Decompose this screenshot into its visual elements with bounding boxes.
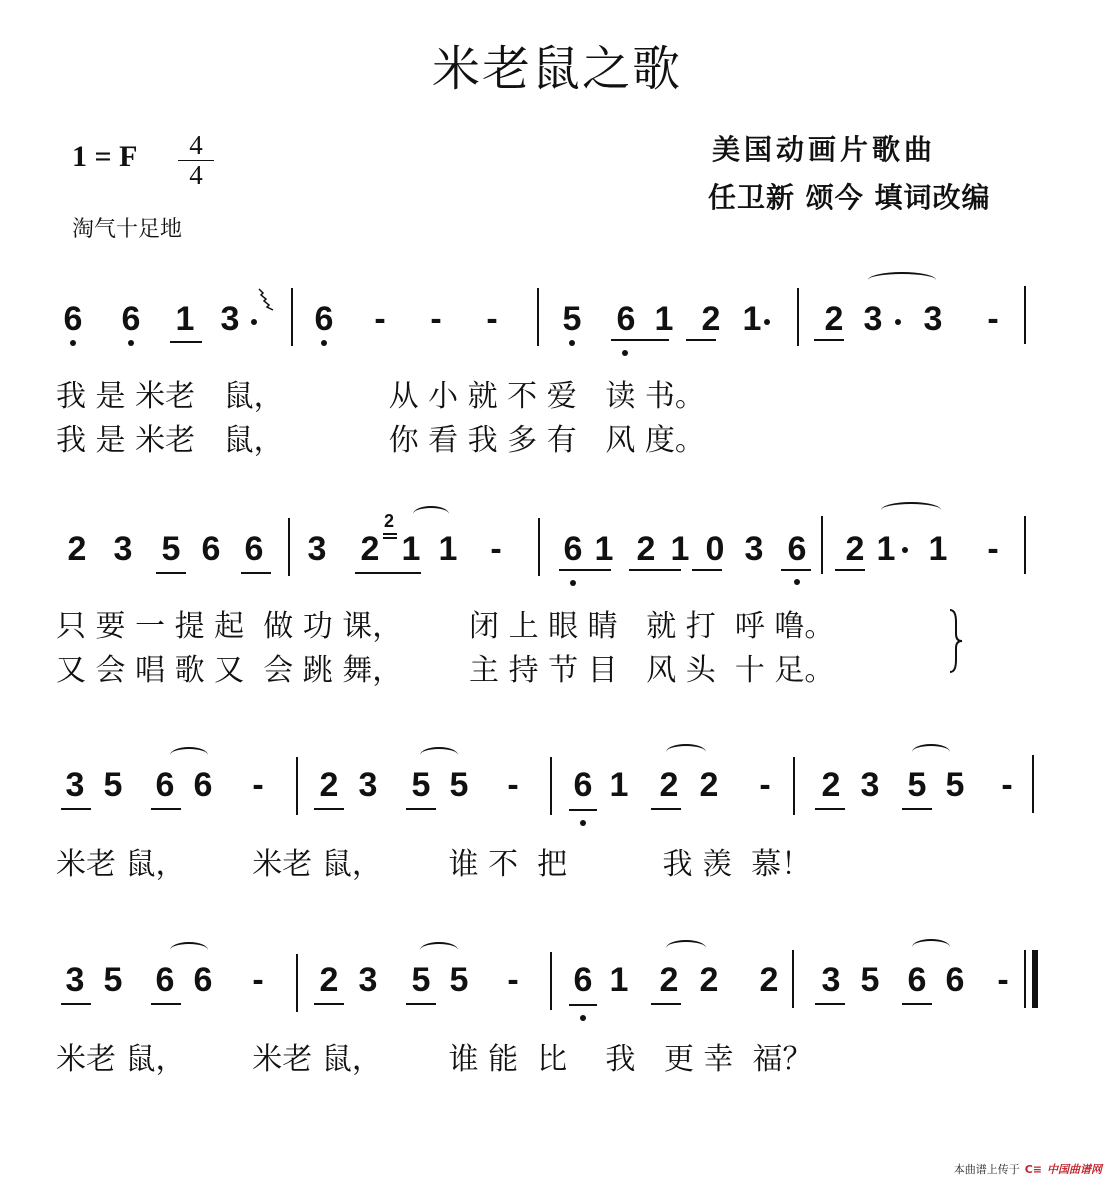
eighth-underline <box>651 1003 681 1005</box>
glissando-icon <box>257 287 279 311</box>
note: 2 <box>656 963 682 997</box>
augmentation-dot <box>902 547 908 553</box>
low-octave-dot <box>622 350 628 356</box>
note: 2 <box>633 532 659 566</box>
verse-brace-icon <box>948 608 964 674</box>
note: 5 <box>158 532 184 566</box>
note: 2 <box>821 302 847 336</box>
note: 6 <box>190 963 216 997</box>
eighth-underline <box>406 1003 436 1005</box>
note: 0 <box>702 532 728 566</box>
eighth-underline <box>156 572 186 574</box>
eighth-underline <box>814 339 844 341</box>
eighth-underline <box>170 341 202 343</box>
lyrics-verse-1: 只 要 一 提 起 做 功 课， 闭 上 眼 睛 就 打 呼 噜。 <box>56 610 834 644</box>
dash: - <box>994 768 1020 802</box>
tie-slur <box>912 744 950 760</box>
low-octave-dot <box>580 1015 586 1021</box>
bar-line <box>291 288 293 346</box>
eighth-underline <box>559 569 611 571</box>
eighth-underline <box>151 808 181 810</box>
note: 2 <box>316 768 342 802</box>
tie-slur <box>881 502 941 518</box>
eighth-underline <box>314 1003 344 1005</box>
note: 5 <box>559 302 585 336</box>
note: 3 <box>818 963 844 997</box>
note: 3 <box>355 768 381 802</box>
note: 3 <box>304 532 330 566</box>
tie-slur <box>170 747 208 763</box>
note: 3 <box>217 302 243 336</box>
lyrics-verse-2: 我 是 米老 鼠， 你 看 我 多 有 风 度。 <box>56 424 705 458</box>
low-octave-dot <box>794 579 800 585</box>
dash: - <box>245 963 271 997</box>
note: 3 <box>857 768 883 802</box>
eighth-underline <box>569 1004 597 1006</box>
note: 2 <box>696 963 722 997</box>
tie-slur <box>666 744 706 760</box>
note: 3 <box>860 302 886 336</box>
eighth-underline <box>815 1003 845 1005</box>
note: 1 <box>651 302 677 336</box>
bar-line <box>1032 755 1034 813</box>
note: 2 <box>842 532 868 566</box>
eighth-underline <box>902 808 932 810</box>
bar-line <box>797 288 799 346</box>
tie-slur <box>868 272 936 288</box>
grace-note: 2 <box>384 512 394 530</box>
bar-line <box>296 954 298 1012</box>
note: 6 <box>784 532 810 566</box>
note: 2 <box>696 768 722 802</box>
bar-line <box>537 288 539 346</box>
note: 2 <box>316 963 342 997</box>
note: 5 <box>904 768 930 802</box>
eighth-underline <box>629 569 681 571</box>
note: 2 <box>818 768 844 802</box>
note: 1 <box>925 532 951 566</box>
note: 2 <box>756 963 782 997</box>
note: 3 <box>920 302 946 336</box>
low-octave-dot <box>569 340 575 346</box>
final-barline-thick <box>1032 950 1038 1008</box>
note: 1 <box>873 532 899 566</box>
eighth-underline <box>61 808 91 810</box>
lyricist-credit: 任卫新 颂今 填词改编 <box>708 176 991 216</box>
dash: - <box>980 532 1006 566</box>
eighth-underline <box>686 339 716 341</box>
eighth-underline <box>406 808 436 810</box>
song-title: 米老鼠之歌 <box>0 30 1114 99</box>
site-logo-icon: C≡ <box>1025 1163 1042 1176</box>
note: 1 <box>435 532 461 566</box>
augmentation-dot <box>764 319 770 325</box>
lyrics-verse-1: 米老 鼠， 米老 鼠， 谁 能 比 我 更 幸 福？ <box>56 1043 813 1077</box>
note: 6 <box>570 963 596 997</box>
dash: - <box>479 302 505 336</box>
dash: - <box>483 532 509 566</box>
tie-slur <box>413 506 449 522</box>
bar-line <box>538 518 540 576</box>
eighth-underline <box>611 339 669 341</box>
note: 5 <box>446 768 472 802</box>
note: 5 <box>408 963 434 997</box>
source-credit: 美国动画片歌曲 <box>712 128 936 168</box>
bar-line <box>296 757 298 815</box>
time-signature: 4 4 <box>178 132 214 189</box>
key-signature: 1 = F <box>72 140 137 174</box>
low-octave-dot <box>70 340 76 346</box>
note: 5 <box>100 963 126 997</box>
note: 5 <box>408 768 434 802</box>
lyrics-verse-1: 米老 鼠， 米老 鼠， 谁 不 把 我 羡 慕！ <box>56 848 811 882</box>
upload-text: 本曲谱上传于 <box>954 1161 1020 1177</box>
note: 5 <box>942 768 968 802</box>
eighth-underline <box>355 572 421 574</box>
eighth-underline <box>815 808 845 810</box>
dash: - <box>752 768 778 802</box>
note: 6 <box>560 532 586 566</box>
bar-line <box>1024 286 1026 344</box>
tie-slur <box>912 939 950 955</box>
note: 3 <box>355 963 381 997</box>
eighth-underline <box>651 808 681 810</box>
tie-slur <box>420 942 458 958</box>
bar-line <box>821 516 823 574</box>
dash: - <box>980 302 1006 336</box>
note: 2 <box>698 302 724 336</box>
note: 3 <box>110 532 136 566</box>
grace-note-underline <box>383 537 397 539</box>
note: 1 <box>172 302 198 336</box>
low-octave-dot <box>321 340 327 346</box>
grace-note-underline <box>383 533 397 535</box>
bar-line <box>793 757 795 815</box>
eighth-underline <box>151 1003 181 1005</box>
bar-line <box>550 952 552 1010</box>
note: 1 <box>667 532 693 566</box>
note: 6 <box>60 302 86 336</box>
note: 1 <box>591 532 617 566</box>
time-signature-top: 4 <box>178 132 214 159</box>
note: 3 <box>62 963 88 997</box>
note: 2 <box>357 532 383 566</box>
eighth-underline <box>835 569 865 571</box>
eighth-underline <box>314 808 344 810</box>
bar-line <box>550 757 552 815</box>
note: 6 <box>311 302 337 336</box>
low-octave-dot <box>570 580 576 586</box>
eighth-underline <box>241 572 271 574</box>
note: 6 <box>152 963 178 997</box>
dash: - <box>245 768 271 802</box>
note: 6 <box>942 963 968 997</box>
note: 5 <box>857 963 883 997</box>
upload-credit: 本曲谱上传于 C≡ 中国曲谱网 <box>954 1161 1102 1177</box>
tie-slur <box>666 940 706 956</box>
note: 6 <box>613 302 639 336</box>
note: 6 <box>152 768 178 802</box>
bar-line <box>288 518 290 576</box>
time-signature-bottom: 4 <box>178 162 214 189</box>
note: 6 <box>118 302 144 336</box>
lyrics-verse-1: 我 是 米老 鼠， 从 小 就 不 爱 读 书。 <box>56 380 705 414</box>
dash: - <box>500 768 526 802</box>
eighth-underline <box>902 1003 932 1005</box>
eighth-underline <box>61 1003 91 1005</box>
eighth-underline <box>569 809 597 811</box>
dash: - <box>990 963 1016 997</box>
note: 1 <box>606 963 632 997</box>
note: 6 <box>190 768 216 802</box>
note: 6 <box>570 768 596 802</box>
note: 6 <box>904 963 930 997</box>
note: 1 <box>739 302 765 336</box>
tie-slur <box>420 747 458 763</box>
dash: - <box>367 302 393 336</box>
note: 1 <box>398 532 424 566</box>
note: 3 <box>62 768 88 802</box>
lyrics-verse-2: 又 会 唱 歌 又 会 跳 舞， 主 持 节 目 风 头 十 足。 <box>56 654 834 688</box>
dash: - <box>500 963 526 997</box>
low-octave-dot <box>580 820 586 826</box>
eighth-underline <box>781 569 811 571</box>
augmentation-dot <box>251 319 257 325</box>
note: 3 <box>741 532 767 566</box>
note: 2 <box>656 768 682 802</box>
bar-line <box>792 950 794 1008</box>
bar-line <box>1024 516 1026 574</box>
note: 6 <box>241 532 267 566</box>
note: 2 <box>64 532 90 566</box>
site-logo-text[interactable]: 中国曲谱网 <box>1047 1161 1102 1177</box>
final-barline-thin <box>1024 950 1026 1008</box>
note: 5 <box>100 768 126 802</box>
note: 1 <box>606 768 632 802</box>
note: 6 <box>198 532 224 566</box>
note: 5 <box>446 963 472 997</box>
tempo-marking: 淘气十足地 <box>72 212 182 243</box>
tie-slur <box>170 942 208 958</box>
eighth-underline <box>692 569 722 571</box>
low-octave-dot <box>128 340 134 346</box>
dash: - <box>423 302 449 336</box>
augmentation-dot <box>895 319 901 325</box>
